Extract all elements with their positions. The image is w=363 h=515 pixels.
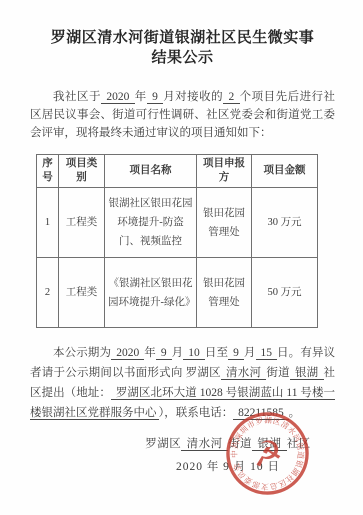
text-run: 我社区于 (53, 91, 101, 103)
signature-org: 罗湖区 清水河 街道 银湖 社区 (138, 437, 318, 452)
cell-project-name: 《银湖社区银田花园环境提升-绿化》 (105, 258, 197, 328)
text-run: 本公示期为 (53, 347, 111, 359)
filled-blank: 2 (223, 91, 239, 104)
notice-paragraph: 本公示期为 2020 年 9 月 10 日至 9 月 15 日。有异议者请于公示… (30, 343, 335, 423)
signature-block: 罗湖区 清水河 街道 银湖 社区 2020 年 9 月 10 日 (138, 437, 318, 475)
text-run: 月 (172, 347, 184, 359)
text-run: 罗湖区 (145, 438, 181, 450)
text-run: 街道 (228, 438, 252, 450)
filled-blank: 2020 (101, 91, 135, 104)
cell-category: 工程类 (59, 258, 105, 328)
col-header-category: 项目类别 (59, 155, 105, 188)
table-row: 2 工程类 《银湖社区银田花园环境提升-绿化》 银田花园管理处 50 万元 (37, 258, 318, 328)
cell-category: 工程类 (59, 188, 105, 258)
text-run: 月 (244, 347, 256, 359)
text-run: 年 (144, 347, 156, 359)
col-header-amount: 项目金额 (252, 155, 318, 188)
cell-amount: 50 万元 (252, 258, 318, 328)
filled-blank: 银湖 (252, 438, 287, 451)
text-run: ），联系电话： (159, 407, 234, 419)
filled-blank: 9 (228, 347, 244, 360)
table-row: 1 工程类 银湖社区银田花园环境提升-防盗门、视频监控 银田花园管理处 30 万… (37, 188, 318, 258)
text-run: 社区 (287, 438, 311, 450)
projects-table: 序号 项目类别 项目名称 项目申报方 项目金额 1 工程类 银湖社区银田花园环境… (36, 154, 318, 328)
filled-blank: 82211585 (233, 407, 288, 420)
col-header-name: 项目名称 (105, 155, 197, 188)
cell-no: 2 (37, 258, 59, 328)
text-run: 日至 (205, 347, 228, 359)
announcement-page: 罗湖区清水河街道银湖社区民生微实事 结果公示 我社区于 2020 年 9 月对接… (0, 0, 363, 515)
col-header-no: 序号 (37, 155, 59, 188)
intro-paragraph: 我社区于 2020 年 9 月对接收的 2 个项目先后进行社区居民议事会、街道可… (30, 88, 335, 142)
table-header-row: 序号 项目类别 项目名称 项目申报方 项目金额 (37, 155, 318, 188)
filled-blank: 10 (183, 347, 205, 360)
filled-blank: 清水河 (221, 367, 266, 380)
cell-amount: 30 万元 (252, 188, 318, 258)
col-header-applicant: 项目申报方 (197, 155, 252, 188)
filled-blank: 9 (147, 91, 163, 104)
filled-blank: 银湖 (290, 367, 324, 380)
filled-blank: 清水河 (181, 438, 228, 451)
cell-applicant: 银田花园管理处 (197, 258, 252, 328)
cell-project-name: 银湖社区银田花园环境提升-防盗门、视频监控 (105, 188, 197, 258)
text-run: 街道 (266, 367, 289, 379)
text-run: 。 (289, 407, 301, 419)
text-run: 月对接收的 (163, 91, 223, 103)
cell-applicant: 银田花园管理处 (197, 188, 252, 258)
filled-blank: 9 (156, 347, 172, 360)
page-title: 罗湖区清水河街道银湖社区民生微实事 结果公示 (30, 28, 335, 68)
title-line-2: 结果公示 (30, 48, 335, 68)
cell-no: 1 (37, 188, 59, 258)
title-line-1: 罗湖区清水河街道银湖社区民生微实事 (30, 28, 335, 48)
text-run: 年 (135, 91, 147, 103)
filled-blank: 2020 (111, 347, 144, 360)
filled-blank: 15 (256, 347, 278, 360)
signature-date: 2020 年 9 月 10 日 (138, 460, 318, 475)
